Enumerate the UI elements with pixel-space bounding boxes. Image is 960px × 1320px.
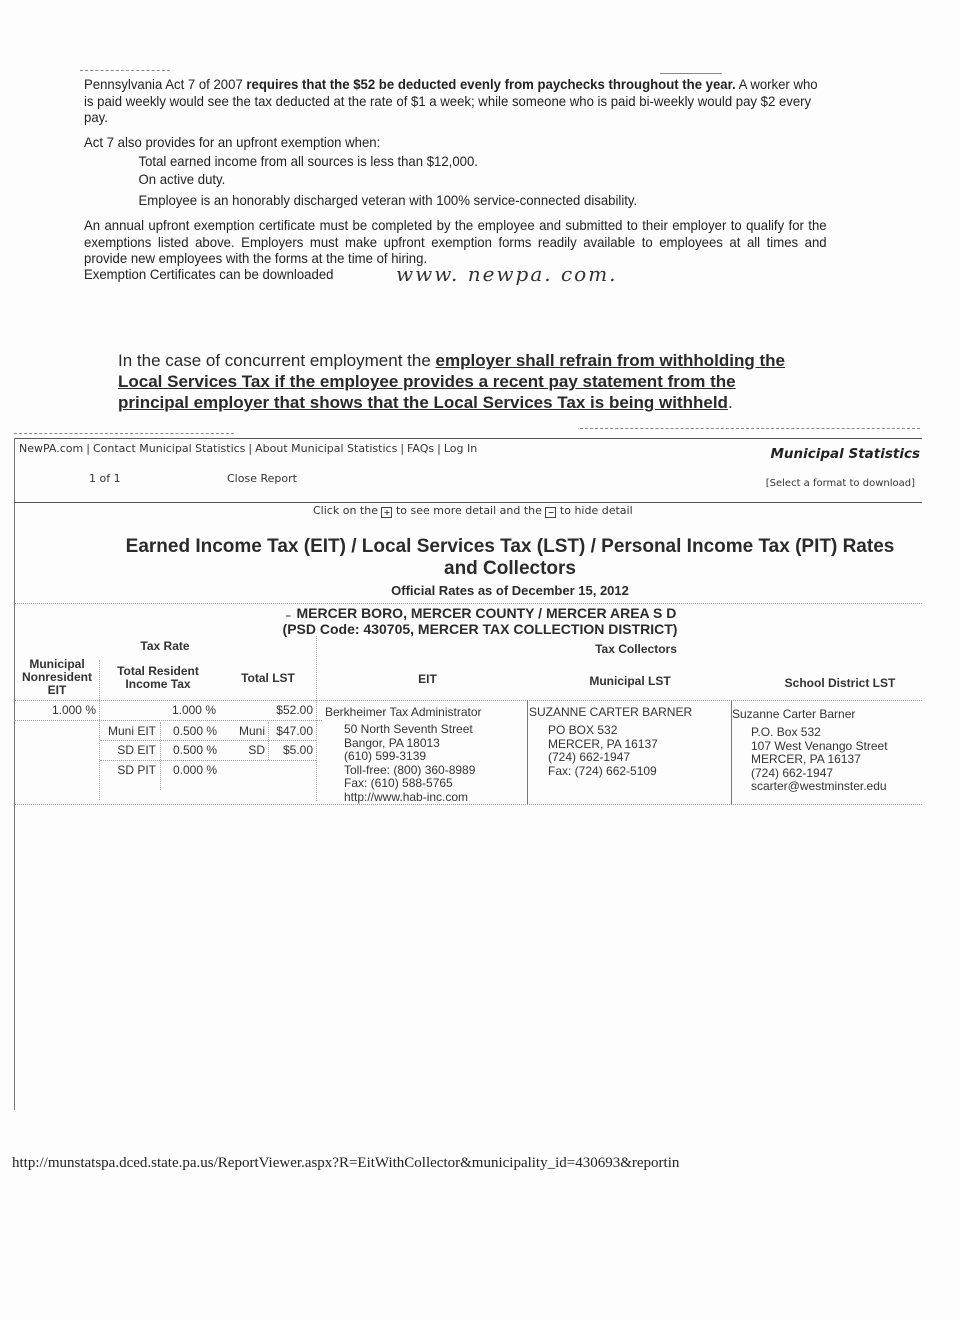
eit-collector-name: Berkheimer Tax Administrator <box>325 706 482 719</box>
exemption-item: Employee is an honorably discharged vete… <box>84 192 827 209</box>
total-resident-income-tax-value: 1.000 % <box>120 704 216 717</box>
expand-icon: + <box>381 507 392 518</box>
row-divider <box>100 760 316 761</box>
scan-artifact-line <box>660 73 722 74</box>
collector-email-link[interactable]: scarter@westminster.edu <box>751 780 888 794</box>
brand-title: Municipal Statistics <box>770 446 920 462</box>
lst-breakdown-value: $5.00 <box>270 744 313 757</box>
header-tax-collectors: Tax Collectors <box>566 643 706 656</box>
nav-link-newpa[interactable]: NewPA.com <box>19 442 83 455</box>
row-divider <box>14 720 322 721</box>
close-report-link[interactable]: Close Report <box>227 472 297 485</box>
exemption-item: On active duty. <box>84 171 827 188</box>
municipal-lst-collector-address: PO BOX 532 MERCER, PA 16137 (724) 662-19… <box>548 724 658 778</box>
nav-link-contact[interactable]: Contact Municipal Statistics <box>93 442 245 455</box>
school-district-lst-collector-address: P.O. Box 532 107 West Venango Street MER… <box>751 726 888 794</box>
header-school-district-lst: School District LST <box>740 677 940 690</box>
header-tax-rate: Tax Rate <box>100 640 230 653</box>
nav-link-about[interactable]: About Municipal Statistics <box>255 442 397 455</box>
exemption-section: Act 7 also provides for an upfront exemp… <box>84 134 827 208</box>
breakdown-label: SD EIT <box>100 744 156 757</box>
page-indicator: 1 of 1 <box>89 472 121 485</box>
school-district-lst-collector-name: Suzanne Carter Barner <box>732 708 855 721</box>
rates-as-of: Official Rates as of December 15, 2012 <box>120 583 900 598</box>
nav-link-faqs[interactable]: FAQs <box>407 442 434 455</box>
header-total-lst: Total LST <box>230 672 306 685</box>
lst-breakdown-value: $47.00 <box>270 725 313 738</box>
report-title: Earned Income Tax (EIT) / Local Services… <box>120 536 900 580</box>
section-divider <box>14 603 922 604</box>
row-divider <box>100 740 316 741</box>
eit-collector-website-link[interactable]: http://www.hab-inc.com <box>344 791 475 805</box>
header-total-resident-income-tax: Total Resident Income Tax <box>108 665 208 691</box>
breakdown-label: SD PIT <box>100 764 156 777</box>
cell-divider <box>268 722 269 760</box>
lst-breakdown-label: Muni <box>230 725 265 738</box>
header-divider <box>14 700 922 701</box>
concurrent-employment-note: In the case of concurrent employment the… <box>118 350 808 413</box>
exemption-intro: Act 7 also provides for an upfront exemp… <box>84 134 827 151</box>
breakdown-value: 0.500 % <box>173 744 217 757</box>
header-eit: EIT <box>330 673 525 686</box>
cell-divider <box>160 722 161 790</box>
scan-artifact-line <box>14 433 234 434</box>
exemption-item: Total earned income from all sources is … <box>84 153 827 170</box>
column-divider <box>316 636 317 801</box>
download-text: Exemption Certificates can be downloaded <box>84 266 333 283</box>
header-municipal-lst: Municipal LST <box>530 675 730 688</box>
muni-nonresident-eit-value: 1.000 % <box>20 704 96 717</box>
municipality-heading: − MERCER BORO, MERCER COUNTY / MERCER AR… <box>200 605 760 637</box>
memo-paragraph-3: An annual upfront exemption certificate … <box>84 217 827 267</box>
page-url-footer: http://munstatspa.dced.state.pa.us/Repor… <box>12 1155 679 1172</box>
breakdown-value: 0.000 % <box>173 764 217 777</box>
collapse-icon[interactable]: − <box>284 612 293 621</box>
detail-hint: Click on the + to see more detail and th… <box>313 504 633 518</box>
toolbar-divider <box>14 502 922 503</box>
eit-collector-address: 50 North Seventh Street Bangor, PA 18013… <box>344 723 475 804</box>
breakdown-value: 0.500 % <box>173 725 217 738</box>
report-top-border <box>14 438 922 439</box>
nav-link-login[interactable]: Log In <box>444 442 477 455</box>
total-lst-value: $52.00 <box>240 704 313 717</box>
collector-divider <box>527 700 528 804</box>
handwritten-url: www. newpa. com. <box>396 262 618 286</box>
download-format-select[interactable]: [Select a format to download] <box>766 478 915 489</box>
collapse-icon: − <box>545 507 556 518</box>
top-navigation: NewPA.com|Contact Municipal Statistics|A… <box>19 442 477 455</box>
table-bottom-border <box>14 804 922 805</box>
municipal-lst-collector-name: SUZANNE CARTER BARNER <box>529 706 692 719</box>
memo-paragraph-1: Pennsylvania Act 7 of 2007 requires that… <box>84 76 827 126</box>
scan-artifact-line <box>580 428 920 429</box>
breakdown-label: Muni EIT <box>100 725 156 738</box>
scan-artifact-line <box>80 70 170 71</box>
header-muni-nonresident-eit: Municipal Nonresident EIT <box>16 658 98 697</box>
report-left-border <box>14 438 15 1110</box>
lst-breakdown-label: SD <box>230 744 265 757</box>
